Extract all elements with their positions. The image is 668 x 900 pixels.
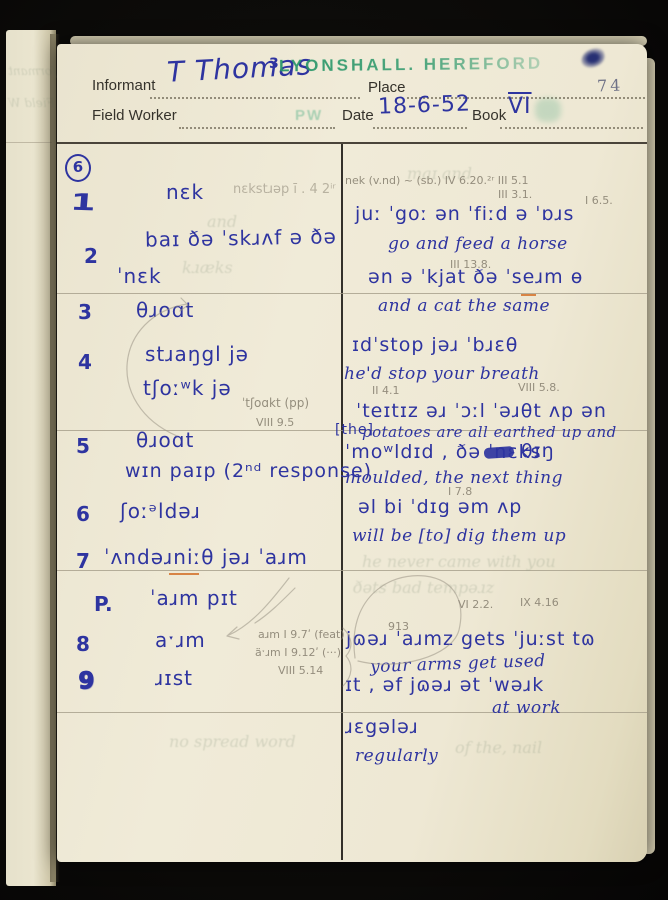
phonetic-response: juː ˈgoː ən ˈfiːd ə ˈɒɹs [355,203,574,225]
english-gloss: potatoes are all earthed up and [362,423,617,441]
field-worker-label: Field Worker [92,107,177,124]
bleedthrough-fieldworker-label: Field W [8,96,55,110]
faded-stamp-remnant [535,98,561,122]
arrowhead [227,627,239,639]
phonetic-response: ən ə ˈkjat ðə ˈseɹm ɵ [368,266,583,288]
item-number: 8 [76,632,90,656]
pencil-annotation: ˈtʃoɑkt (pp) [242,396,309,410]
phonetic-response: ʃoːᵊldəɹ [120,499,201,523]
pencil-reference: VIII 5.14 [278,664,323,677]
pencil-reference: IX 4.16 [520,596,559,609]
bleedthrough-text: kɹæks [182,258,233,277]
book-dotted-line [500,126,643,129]
phonetic-response: θɹoɑt [136,298,194,322]
bleedthrough-text: of the, nail [455,738,542,757]
english-gloss: regularly [355,746,438,766]
pencil-reference: VI 2.2. [458,598,493,611]
item-number: 1 [69,190,97,217]
phonetic-response: ˈaɹm pɪt [150,586,238,610]
page-number: 74 [597,76,624,96]
pencil-reference: I 6.5. [585,194,613,207]
english-gloss: at work [492,698,561,718]
phonetic-response: aˑɹm [155,628,206,652]
phonetic-response: ˈnɛk [117,264,162,288]
item-number: 3 [78,300,92,324]
item-number: 7 [76,549,90,573]
notebook-photo: Informant Field W Informant T Thomas 3 L… [0,0,668,900]
notebook-page: Informant T Thomas 3 LYONSHALL. HEREFORD… [57,44,647,862]
facing-page-rule [6,142,52,143]
row-rule-3 [57,570,647,571]
ink-smudge [579,46,607,70]
orange-underline [169,573,199,575]
item-number: 2 [84,244,98,268]
facing-page-edge: Informant Field W [6,30,56,886]
informant-dotted-line [150,96,360,99]
arrow-stroke-2 [255,588,295,623]
pencil-reference: VIII 9.5 [256,416,294,429]
pencil-reference: VIII 5.8. [518,381,560,394]
pencil-annotation: nek (v.nd) ~ (sb.) IV 6.20.²ʳ III 5.1 [345,174,529,187]
pencil-annotation: nɛkstɹəp ī . 4 2ⁱʳ [233,182,336,197]
header-rule [57,142,647,144]
scribbled-out-word [484,446,515,459]
link-curve-q3-q5 [127,304,187,436]
phonetic-response: jɷəɹ ˈaɹmz gets ˈjuːst tɷ [346,628,596,650]
book-value-handwriting: VI [508,94,532,119]
pencil-reference: II 4.1 [372,384,399,397]
date-label: Date [342,107,374,124]
pencil-annotation: aɹm I 9.7ʹ (feat) [258,628,345,641]
english-gloss: will be [to] dig them up [352,526,566,546]
bleedthrough-text: ðəts bad tempəɹz [353,578,494,597]
phonetic-response: baɪ ðə ˈskɹʌf ə ðə [145,224,337,251]
phonetic-response: ɪdˈstop jəɹ ˈbɹɛθ [352,334,518,356]
english-gloss: and a cat the same [378,296,550,316]
field-worker-dotted-line [179,126,335,129]
item-number: 9 [78,668,94,694]
item-number: 6 [76,502,90,526]
date-value-handwriting: 18-6-52 [378,91,472,119]
phonetic-response: ɪt , əf jɷəɹ ət ˈwəɹk [345,674,544,696]
english-gloss: he'd stop your breath [344,364,540,384]
item-number: 5 [76,434,90,458]
informant-label: Informant [92,77,155,94]
phonetic-response: θɹoɑt [136,428,194,452]
phonetic-response: ˈteɪtɪz əɹ ˈɔːl ˈəɹθt ʌp ən [356,400,607,422]
arrow-to-arm [229,578,289,635]
pencil-reference: III 3.1. [498,188,532,201]
field-worker-stamp: PW [295,107,323,124]
phonetic-response: θɪŋ [521,440,555,462]
row-rule-1 [57,293,647,294]
phonetic-response: tʃoːʷk jə [143,376,232,400]
place-stamp: LYONSHALL. HEREFORD [279,54,543,77]
question-set-circle: 6 [65,154,91,182]
phonetic-response: wɪn paɪp (2ⁿᵈ response) [125,460,372,482]
pencil-annotation: äˑɹm I 9.12ʹ (···) [255,646,341,659]
item-number: 4 [78,350,92,374]
phonetic-response: ˈʌndəɹniːθ jəɹ ˈaɹm [104,545,308,569]
phonetic-response: stɹaŋgl jə [145,342,249,366]
column-divider [341,144,343,860]
item-number: P. [94,592,113,616]
bleedthrough-text: he never came with you [362,552,556,571]
phonetic-response: əl bi ˈdɪg əm ʌp [358,496,522,518]
date-dotted-line [373,126,467,129]
phonetic-response: ɹɪst [155,666,193,690]
book-label: Book [472,107,506,124]
english-gloss: go and feed a horse [388,234,568,254]
phonetic-response: nɛk [166,180,204,204]
bleedthrough-text: no spread word [169,732,296,751]
phonetic-response: ɹɛgələɹ [345,716,419,738]
